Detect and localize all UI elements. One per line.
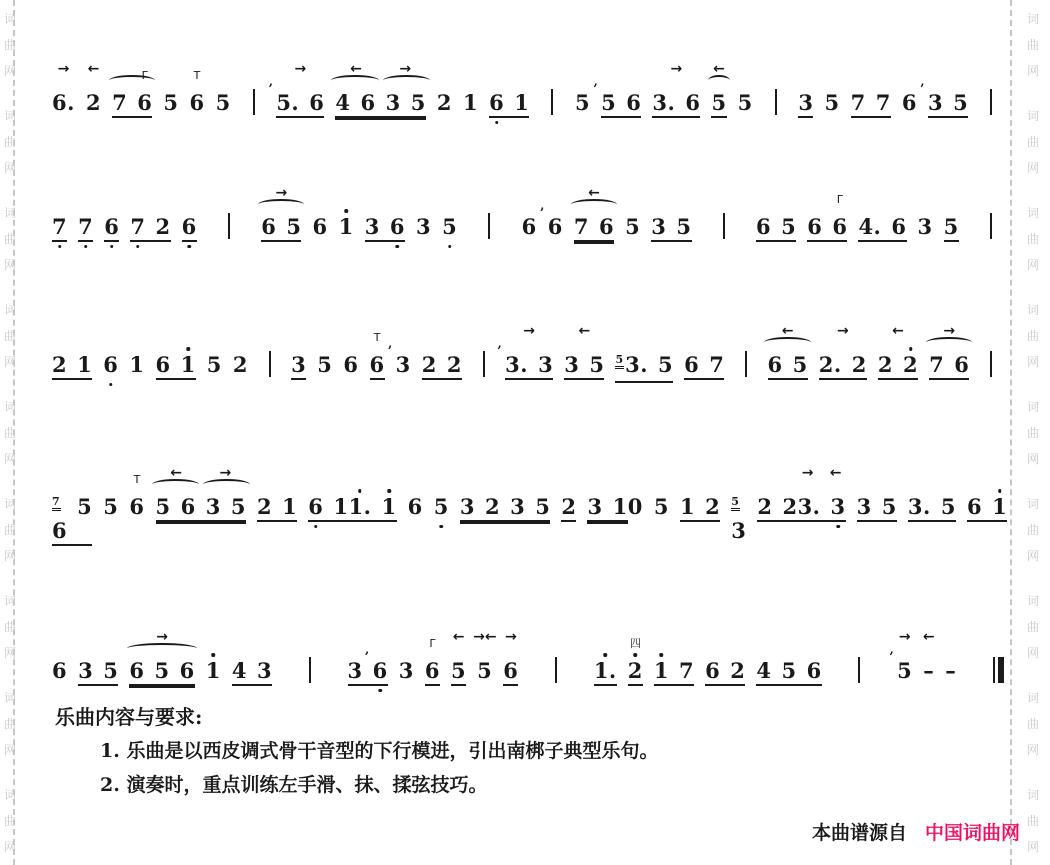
- ornament-mark: 四: [630, 638, 641, 649]
- note-group: 6T: [370, 354, 385, 380]
- note: 7: [574, 216, 589, 237]
- watermark-char: 词: [2, 685, 18, 711]
- music-line: 216161523566T3’223.’3→35←53.56765←2.2→22…: [52, 346, 992, 372]
- note-group: 31: [587, 496, 627, 522]
- measure: 65→613635: [261, 216, 457, 242]
- note-group: 765: [52, 496, 92, 546]
- note: 5.’: [276, 92, 299, 113]
- watermark-char: 曲: [2, 323, 18, 349]
- note: 4: [756, 660, 771, 681]
- note-group: 12: [680, 496, 720, 522]
- note-group: 43: [232, 660, 272, 686]
- note: 5’: [601, 92, 616, 113]
- ornament-mark: T: [194, 70, 201, 81]
- measure: 5.’6→4635←→2161: [276, 92, 529, 118]
- arrow-marks: →: [48, 63, 79, 75]
- note-value: 2: [257, 494, 272, 519]
- note-value: 3: [365, 214, 380, 239]
- watermark-char: 词: [2, 103, 18, 129]
- watermark-char: 网: [1025, 252, 1041, 278]
- note: 5: [953, 92, 968, 113]
- note-value: 6: [129, 494, 144, 519]
- note-value: 6: [308, 494, 323, 519]
- note: 5: [575, 92, 590, 113]
- note-value: 1: [613, 494, 628, 519]
- note: 5: [442, 216, 457, 237]
- note-group: 6.→: [52, 92, 75, 113]
- measure: 6.→2←76Γ56T5: [52, 92, 231, 118]
- note: 5: [103, 660, 118, 681]
- note-group: 2.2→: [819, 354, 867, 380]
- note: 6: [503, 660, 518, 681]
- note: 5: [156, 496, 171, 517]
- note-value: 6: [807, 214, 822, 239]
- note-value: 7: [52, 214, 67, 239]
- note: 2: [485, 496, 500, 517]
- note: 1: [654, 660, 669, 681]
- note-value: 1: [206, 658, 221, 683]
- breath-tick-mark: ’: [540, 207, 545, 220]
- watermark-group: 词曲网: [2, 297, 18, 375]
- note-value: 7: [679, 658, 694, 683]
- left-watermark-column: 词曲网词曲网词曲网词曲网词曲网词曲网词曲网词曲网词曲网: [2, 0, 18, 865]
- note-group: 62: [705, 660, 745, 686]
- note-value: 5: [103, 658, 118, 683]
- ornament-marks: →: [125, 633, 198, 651]
- note-value: 5: [944, 214, 959, 239]
- note-value: 2: [730, 658, 745, 683]
- music-line: 6.→2←76Γ56T55.’6→4635←→216155’63.6→5←535…: [52, 84, 992, 110]
- note: 1: [463, 92, 478, 113]
- octave-dot-below: [187, 245, 191, 249]
- note: 6: [891, 216, 906, 237]
- breath-tick-mark: ’: [388, 345, 393, 358]
- note-value: 1: [77, 352, 92, 377]
- arrow-marks: →←: [473, 631, 496, 643]
- ornament-marks: ←→: [152, 469, 251, 487]
- note: 6: [756, 216, 771, 237]
- watermark-group: 词曲网: [2, 394, 18, 472]
- note: 5: [711, 92, 726, 113]
- music-line: 76556T5635←→21611.1653235231051253223.3→…: [52, 488, 992, 514]
- note-value: 6: [137, 90, 152, 115]
- watermark-char: 曲: [1025, 614, 1041, 640]
- note: 6’: [373, 660, 388, 681]
- note: 4: [335, 92, 350, 113]
- note-value: 7: [78, 214, 93, 239]
- note-group: 61: [489, 92, 529, 118]
- slur-mark: [127, 643, 197, 654]
- note-value: 6: [156, 352, 171, 377]
- note: 6: [309, 92, 324, 113]
- octave-dot-below: [314, 525, 318, 529]
- right-watermark-column: 词曲网词曲网词曲网词曲网词曲网词曲网词曲网词曲网词曲网: [1025, 0, 1041, 865]
- note: 6: [768, 354, 783, 375]
- arrow-marks: →: [499, 631, 522, 643]
- watermark-char: 词: [1025, 200, 1041, 226]
- note-group: 5: [944, 216, 959, 242]
- ornament-mark: Γ: [142, 70, 148, 81]
- note-value: 2: [705, 494, 720, 519]
- note-value: 5: [216, 90, 231, 115]
- watermark-char: 网: [2, 155, 18, 181]
- watermark-group: 词曲网: [1025, 685, 1041, 763]
- measure: 55’63.6→5←5: [575, 92, 753, 118]
- note: 2: [903, 354, 918, 375]
- watermark-char: 网: [1025, 446, 1041, 472]
- ornament-mark: T: [374, 332, 381, 343]
- note-group: 6: [522, 216, 537, 237]
- note-value: 5: [658, 352, 673, 377]
- note: 5: [738, 92, 753, 113]
- arrow-marks: →: [125, 631, 198, 643]
- watermark-char: 词: [2, 6, 18, 32]
- glide-left-arrow-icon: ←: [713, 62, 725, 76]
- note-value: 2: [422, 352, 437, 377]
- note-value: 5: [793, 352, 808, 377]
- note-value: 3: [460, 494, 475, 519]
- note: 4.: [858, 216, 881, 237]
- note-value: 6: [684, 352, 699, 377]
- note: 6: [902, 92, 917, 113]
- measure: 6566Γ4.635: [756, 216, 959, 242]
- note: 6: [685, 92, 700, 113]
- ornament-marks: →: [648, 65, 704, 83]
- note: 6: [807, 660, 822, 681]
- note: 6: [308, 496, 323, 517]
- source-credit-brand[interactable]: 中国词曲网: [925, 818, 1020, 845]
- note: 5: [658, 354, 673, 375]
- note-value: 5: [782, 658, 797, 683]
- note-group: 7: [78, 216, 93, 242]
- arrow-marks: →: [272, 63, 328, 75]
- watermark-group: 词曲网: [1025, 297, 1041, 375]
- sheet-music-page: 词曲网词曲网词曲网词曲网词曲网词曲网词曲网词曲网词曲网 词曲网词曲网词曲网词曲网…: [0, 0, 1050, 865]
- measure: 21616152: [52, 354, 248, 380]
- note-value: 6: [548, 214, 563, 239]
- note: 5: [793, 354, 808, 375]
- note: 7: [929, 354, 944, 375]
- note: 5: [207, 354, 222, 375]
- note-group: –←: [923, 660, 934, 681]
- note-group: –: [945, 660, 956, 681]
- note-value: 1: [514, 90, 529, 115]
- barline: [990, 351, 992, 377]
- barline: [555, 657, 557, 683]
- note: 2: [422, 354, 437, 375]
- requirements-heading: 乐曲内容与要求:: [55, 701, 202, 730]
- watermark-char: 曲: [2, 711, 18, 737]
- note-value: 5: [897, 658, 912, 683]
- note: 3: [291, 354, 306, 375]
- note-group: 0: [628, 496, 643, 517]
- ornament-marks: ←: [874, 327, 922, 345]
- note-group: 76Γ: [112, 92, 152, 118]
- note-value: 6: [52, 658, 67, 683]
- note: 3: [538, 354, 553, 375]
- watermark-char: 曲: [2, 226, 18, 252]
- note-group: 3235: [460, 496, 551, 522]
- note: 1.: [349, 496, 372, 517]
- glide-right-arrow-icon: →: [943, 324, 955, 338]
- note-group: 6: [104, 216, 119, 242]
- note-value: 6: [370, 352, 385, 377]
- note-value: 2: [782, 494, 797, 519]
- note: 6: [967, 496, 982, 517]
- octave-dot-below: [109, 383, 113, 387]
- octave-dot-below: [448, 245, 452, 249]
- note-group: 456: [756, 660, 821, 686]
- note: 5: [286, 216, 301, 237]
- note-value: –: [923, 658, 934, 683]
- note: 6T: [370, 354, 385, 375]
- note-group: 6: [182, 216, 197, 242]
- slur-mark: [764, 337, 810, 348]
- note-group: 61: [308, 496, 348, 522]
- watermark-char: 词: [2, 297, 18, 323]
- note-value: 5: [103, 494, 118, 519]
- octave-dot-above: [387, 489, 391, 493]
- watermark-group: 词曲网: [1025, 782, 1041, 860]
- breath-tick-mark: ’: [593, 83, 598, 96]
- arrow-marks: ←: [919, 631, 938, 643]
- note-value: 6: [104, 214, 119, 239]
- glide-right-arrow-icon: →: [220, 466, 232, 480]
- note-value: 3: [386, 90, 401, 115]
- note-value: 7: [709, 352, 724, 377]
- watermark-group: 词曲网: [2, 6, 18, 84]
- right-margin-rule: [1010, 0, 1012, 865]
- note: 6: [684, 354, 699, 375]
- watermark-char: 词: [2, 394, 18, 420]
- note-value: 1: [463, 90, 478, 115]
- note: 2: [561, 496, 576, 517]
- watermark-char: 曲: [2, 420, 18, 446]
- note-group: 2←: [86, 92, 101, 113]
- note-group: 1: [206, 660, 221, 681]
- barline: [723, 213, 725, 239]
- note: 1: [129, 354, 144, 375]
- glide-left-arrow-icon: ←: [588, 186, 600, 200]
- note-value: 5: [824, 90, 839, 115]
- note: 7: [78, 216, 93, 237]
- note-value: 3: [257, 658, 272, 683]
- note-value: 5: [941, 494, 956, 519]
- note: 7: [876, 92, 891, 113]
- note-group: 1.1: [349, 496, 397, 522]
- glide-right-arrow-icon: →: [58, 62, 70, 76]
- note-group: 61: [156, 354, 196, 380]
- arrow-marks: →: [501, 325, 557, 337]
- note: 3.: [908, 496, 931, 517]
- note-group: 3’: [396, 354, 411, 375]
- note-group: 3.6→: [652, 92, 700, 118]
- note: 6: [156, 354, 171, 375]
- note-group: 36: [365, 216, 405, 242]
- ornament-marks: ←: [707, 65, 730, 83]
- note-value: 2.: [819, 352, 842, 377]
- note: 6: [361, 92, 376, 113]
- note: 3: [857, 496, 872, 517]
- note-value: 5: [625, 214, 640, 239]
- note-group: 2四: [628, 660, 643, 686]
- note-value: 1.: [594, 658, 617, 683]
- octave-dot-above: [634, 653, 638, 657]
- note-value: 6: [599, 214, 614, 239]
- ornament-marks: ←: [82, 65, 105, 83]
- watermark-char: 词: [1025, 588, 1041, 614]
- watermark-char: 网: [2, 543, 18, 569]
- ornament-marks: →←: [794, 469, 850, 487]
- barline: [775, 89, 777, 115]
- note: 3: [399, 660, 414, 681]
- note-group: 5: [824, 92, 839, 113]
- measure: 3566T3’22: [291, 354, 462, 380]
- watermark-group: 词曲网: [1025, 394, 1041, 472]
- glide-right-arrow-icon: →: [156, 630, 168, 644]
- arrow-marks: →: [893, 631, 916, 643]
- note-group: 5←: [711, 92, 726, 118]
- note: 2.: [819, 354, 842, 375]
- note-value: 6: [189, 90, 204, 115]
- glide-left-arrow-icon: ←: [88, 62, 100, 76]
- note: 5: [103, 496, 118, 517]
- note-group: 65→: [261, 216, 301, 242]
- note: 3: [257, 660, 272, 681]
- note: 76: [52, 496, 67, 541]
- slur-mark: [383, 75, 430, 86]
- watermark-group: 词曲网: [2, 588, 18, 666]
- note: 6’: [548, 216, 563, 237]
- note-group: 65←: [768, 354, 808, 380]
- note-value: 3.: [798, 494, 821, 519]
- note: 5: [654, 496, 669, 517]
- watermark-group: 词曲网: [2, 685, 18, 763]
- note-group: 5: [625, 216, 640, 237]
- note-group: 3.5: [908, 496, 956, 522]
- note-value: 6: [408, 494, 423, 519]
- ornament-marks: →: [48, 65, 79, 83]
- note: 5’: [897, 660, 912, 681]
- note-value: 5: [882, 494, 897, 519]
- note: 6: [261, 216, 276, 237]
- note: 5: [781, 216, 796, 237]
- note-value: 6: [489, 90, 504, 115]
- watermark-char: 网: [2, 252, 18, 278]
- note: 6: [181, 496, 196, 517]
- watermark-char: 曲: [1025, 420, 1041, 446]
- octave-dot-below: [378, 689, 382, 693]
- glide-right-arrow-icon: →: [505, 630, 517, 644]
- note-value: 3: [798, 90, 813, 115]
- note-group: 66Γ: [807, 216, 847, 242]
- glide-left-arrow-icon: ←: [830, 466, 842, 480]
- watermark-char: 网: [1025, 58, 1041, 84]
- note: 6T: [129, 496, 144, 517]
- breath-tick-mark: ’: [889, 651, 894, 664]
- barline: [993, 657, 995, 683]
- note-value: 3: [416, 214, 431, 239]
- note-value: 2: [628, 658, 643, 683]
- note: 2: [757, 496, 772, 517]
- note-value: 6: [756, 214, 771, 239]
- note-value: 3.: [908, 494, 931, 519]
- note-value: 5: [535, 494, 550, 519]
- watermark-char: 网: [2, 737, 18, 763]
- note-value: 4.: [858, 214, 881, 239]
- slur-mark: [926, 337, 972, 348]
- note-group: 5: [103, 496, 118, 517]
- measure: 36’36Γ5←5→←6→: [348, 660, 519, 686]
- note-group: 77: [851, 92, 891, 118]
- watermark-char: 网: [1025, 640, 1041, 666]
- note-group: 3: [918, 216, 933, 237]
- watermark-char: 词: [1025, 103, 1041, 129]
- barline: [858, 657, 860, 683]
- note: 6Γ: [425, 660, 440, 681]
- breath-tick-mark: ’: [268, 83, 273, 96]
- note: 2: [257, 496, 272, 517]
- watermark-char: 曲: [1025, 808, 1041, 834]
- note-value: 3: [564, 352, 579, 377]
- arrow-marks: →: [815, 325, 871, 337]
- breath-tick-mark: ’: [920, 83, 925, 96]
- note-group: 3: [416, 216, 431, 237]
- note: 5: [216, 92, 231, 113]
- glide-right-arrow-icon: →: [275, 186, 287, 200]
- note: 6: [182, 216, 197, 237]
- note-value: 5: [676, 214, 691, 239]
- watermark-char: 曲: [1025, 129, 1041, 155]
- note-group: 6: [902, 92, 917, 113]
- note-value: 2: [233, 352, 248, 377]
- note-value: 6: [373, 658, 388, 683]
- note: 1: [181, 354, 196, 375]
- note-value: 3: [831, 494, 846, 519]
- note-group: 2: [561, 496, 576, 522]
- arrow-marks: →←: [794, 467, 850, 479]
- note: 3: [206, 496, 221, 517]
- note-value: 6: [312, 214, 327, 239]
- octave-dot-above: [660, 653, 664, 657]
- note: 1: [339, 216, 354, 237]
- note-group: 35: [651, 216, 691, 242]
- note: 6Γ: [137, 92, 152, 113]
- slur-mark: [109, 75, 155, 86]
- watermark-group: 词曲网: [1025, 491, 1041, 569]
- grace-note: 7: [52, 496, 61, 511]
- watermark-char: 词: [1025, 6, 1041, 32]
- note-group: 6: [312, 216, 327, 237]
- note-group: 17: [654, 660, 694, 686]
- note: 1: [333, 496, 348, 517]
- note-value: 6: [52, 518, 67, 543]
- measure: 76556T5635←→2161: [52, 496, 349, 546]
- measure: 3.3→←353.561: [798, 496, 1008, 522]
- slur-mark: [152, 479, 199, 490]
- note-value: 2: [437, 90, 452, 115]
- arrow-marks: →: [257, 187, 305, 199]
- ornament-mark: T: [134, 474, 141, 485]
- note: 7: [851, 92, 866, 113]
- ornament-marks: ←: [919, 633, 938, 651]
- watermark-group: 词曲网: [2, 491, 18, 569]
- final-barline: [993, 652, 1004, 678]
- watermark-char: 网: [1025, 349, 1041, 375]
- note-value: 5: [77, 494, 92, 519]
- note-group: 1.: [594, 660, 617, 686]
- note: 5: [535, 496, 550, 517]
